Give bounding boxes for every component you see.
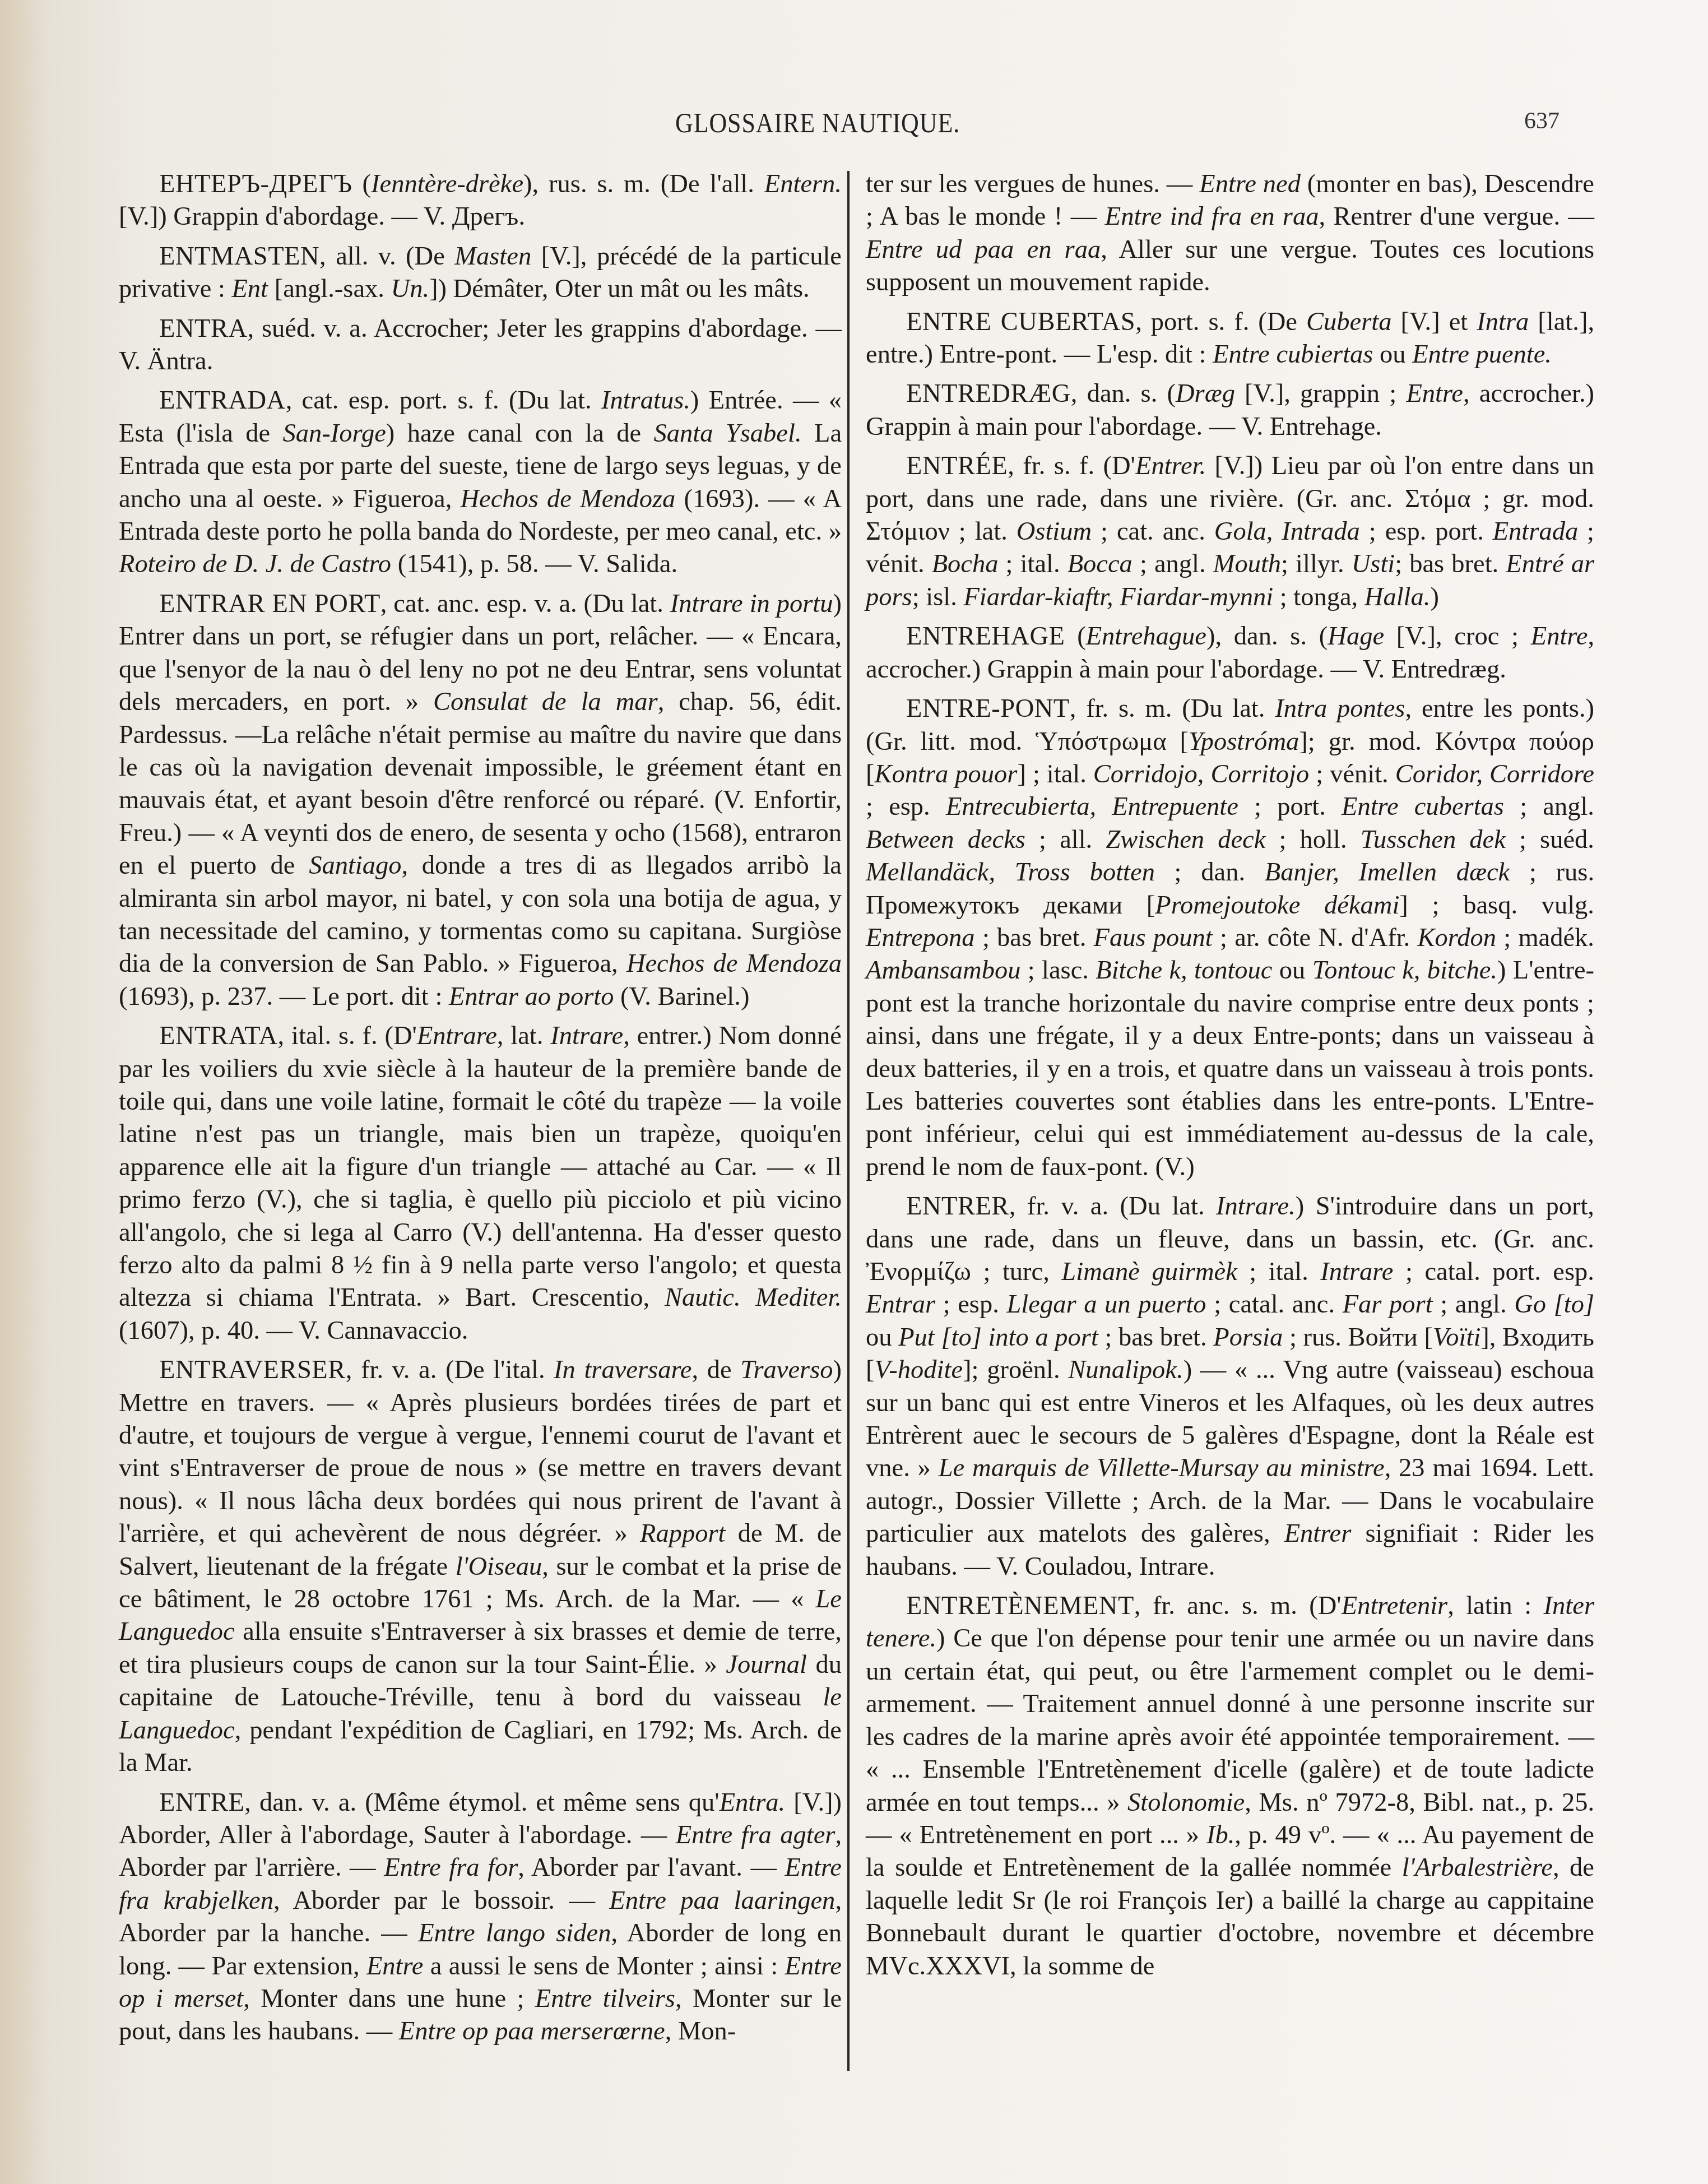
italic-term: Entrecubierta, Entrepuente bbox=[946, 792, 1238, 821]
italic-term: San-Iorge bbox=[283, 419, 386, 448]
italic-term: Dræg bbox=[1176, 379, 1235, 408]
italic-term: Entre puente. bbox=[1412, 340, 1552, 369]
entry-text: ; angl. bbox=[1433, 1290, 1515, 1319]
italic-term: l'Oiseau bbox=[456, 1552, 542, 1581]
entry-text: , Aborder par le bossoir. — bbox=[273, 1886, 609, 1915]
italic-term: Voïti bbox=[1433, 1323, 1480, 1352]
entry-text: ; ital. bbox=[998, 550, 1067, 578]
italic-term: Intrare. bbox=[1216, 1192, 1296, 1221]
entry-text: ), dan. s. ( bbox=[1206, 622, 1328, 651]
italic-term: Intratus. bbox=[601, 386, 690, 415]
italic-term: Un. bbox=[391, 275, 429, 303]
italic-term: Ent bbox=[231, 275, 268, 303]
entry-text: , de bbox=[691, 1356, 740, 1384]
italic-term: Bocha bbox=[932, 550, 999, 578]
entry-headword: ЕНТЕРЪ-ДРЕГЪ bbox=[159, 170, 352, 198]
glossary-entry: ENTRETÈNEMENT, fr. anc. s. m. (D'Entrete… bbox=[866, 1590, 1594, 1983]
entry-text: ou bbox=[1272, 956, 1312, 985]
entry-text: , ital. s. f. (D' bbox=[278, 1022, 417, 1050]
entry-text: ; esp. bbox=[866, 792, 946, 821]
italic-term: Far port bbox=[1343, 1290, 1433, 1319]
entry-text: ] ; basq. vulg. bbox=[1399, 891, 1594, 920]
glossary-entry: ENTRE-PONT, fr. s. m. (Du lat. Intra pon… bbox=[866, 693, 1594, 1184]
italic-term: Entern. bbox=[764, 170, 842, 198]
entry-text: , fr. s. f. (D' bbox=[1008, 452, 1135, 480]
italic-term: Entre bbox=[366, 1952, 424, 1981]
entry-text: [V.], grappin ; bbox=[1235, 379, 1406, 408]
italic-term: Gola, Intrada bbox=[1214, 517, 1360, 546]
italic-term: Intrare bbox=[1320, 1258, 1393, 1286]
italic-term: In traversare bbox=[554, 1356, 691, 1384]
entry-text: ; angl. bbox=[1504, 792, 1594, 821]
entry-text: ; madék. bbox=[1496, 924, 1594, 952]
italic-term: Kontra pouor bbox=[875, 760, 1018, 789]
entry-headword: ENTRE-PONT bbox=[906, 694, 1070, 723]
italic-term: Entrar ao porto bbox=[449, 982, 614, 1011]
entry-text: (1541), p. 58. — V. Salida. bbox=[391, 550, 677, 578]
italic-term: Entre ud paa en raa bbox=[866, 235, 1101, 264]
italic-term: Banjer, Imellen dæck bbox=[1265, 858, 1510, 887]
entry-text: (V. Barinel.) bbox=[614, 982, 749, 1011]
italic-term: Entre lango siden bbox=[418, 1919, 611, 1947]
entry-text: [V.]) Grappin d'abordage. — V. Дрегъ. bbox=[119, 202, 525, 231]
italic-term: Entra. bbox=[720, 1788, 786, 1817]
entry-text: a aussi le sens de Monter ; ainsi : bbox=[424, 1952, 785, 1981]
entry-text: ; isl. bbox=[912, 583, 964, 611]
italic-term: V-hodite bbox=[875, 1356, 963, 1384]
entry-text: ; ital. bbox=[1237, 1258, 1321, 1286]
italic-term: Cuberta bbox=[1306, 308, 1391, 336]
entry-headword: ENTREDRÆG bbox=[906, 379, 1071, 408]
entry-text: , dan. s. ( bbox=[1071, 379, 1176, 408]
right-column: ter sur les vergues de hunes. — Entre ne… bbox=[866, 168, 1594, 1990]
glossary-entry: ENTRAR EN PORT, cat. anc. esp. v. a. (Du… bbox=[119, 588, 842, 1013]
italic-term: Usti bbox=[1352, 550, 1395, 578]
entry-headword: ENTMASTEN bbox=[159, 242, 319, 271]
entry-text: ) L'entre-pont est la tranche horizontal… bbox=[866, 956, 1594, 1181]
entry-text: , lat. bbox=[497, 1022, 550, 1050]
glossary-entry: ENTRE, dan. v. a. (Même étymol. et même … bbox=[119, 1787, 842, 2048]
italic-term: Ambansambou bbox=[866, 956, 1020, 985]
entry-text: [V.] et bbox=[1391, 308, 1477, 336]
italic-term: Intra bbox=[1477, 308, 1529, 336]
italic-term: Roteiro de D. J. de Castro bbox=[119, 550, 391, 578]
italic-term: l'Arbalestrière bbox=[1402, 1853, 1553, 1882]
entry-text: , port. s. f. (De bbox=[1135, 308, 1306, 336]
italic-term: Journal bbox=[726, 1650, 807, 1679]
entry-text: , all. v. (De bbox=[319, 242, 454, 271]
italic-term: Ienntère-drèke bbox=[371, 170, 523, 198]
entry-text: ou bbox=[1373, 340, 1412, 369]
italic-term: Nunalipok. bbox=[1068, 1356, 1183, 1384]
entry-text: ( bbox=[1065, 622, 1085, 651]
italic-term: Entrepona bbox=[866, 924, 975, 952]
italic-term: Kordon bbox=[1418, 924, 1496, 952]
entry-text: , latin : bbox=[1447, 1592, 1543, 1620]
entry-headword: ENTRATA bbox=[159, 1022, 278, 1050]
entry-text: ] ; ital. bbox=[1017, 760, 1093, 789]
entry-headword: ENTRAVERSER bbox=[159, 1356, 346, 1384]
italic-term: Hage bbox=[1328, 622, 1384, 651]
italic-term: Entre tilveirs bbox=[535, 1984, 675, 2013]
italic-term: Entre cubiertas bbox=[1213, 340, 1373, 369]
entry-text: ; catal. port. esp. bbox=[1393, 1258, 1594, 1286]
italic-term: Nautic. Mediter. bbox=[665, 1283, 842, 1312]
entry-headword: ENTRA bbox=[159, 314, 248, 343]
entry-text: , fr. s. m. (Du lat. bbox=[1070, 694, 1275, 723]
entry-text: , Mon- bbox=[665, 2017, 736, 2046]
entry-text: , Aborder par l'avant. — bbox=[518, 1853, 785, 1882]
glossary-entry: ENTMASTEN, all. v. (De Masten [V.], préc… bbox=[119, 240, 842, 306]
glossary-entry: ENTRAVERSER, fr. v. a. (De l'ital. In tr… bbox=[119, 1354, 842, 1779]
entry-text: ; rus. Войти [ bbox=[1283, 1323, 1433, 1352]
entry-text: ; holl. bbox=[1265, 826, 1360, 854]
entry-text: ; vénit. bbox=[1309, 760, 1395, 789]
entry-text: ; cat. anc. bbox=[1092, 517, 1214, 546]
italic-term: Entrada bbox=[1493, 517, 1578, 546]
italic-term: Corridojo, Corritojo bbox=[1093, 760, 1309, 789]
italic-term: Santa Ysabel. bbox=[654, 419, 802, 448]
italic-term: Entre fra for bbox=[384, 1853, 518, 1882]
entry-text: , dan. v. a. (Même étymol. et même sens … bbox=[244, 1788, 719, 1817]
entry-headword: ENTREHAGE bbox=[906, 622, 1065, 651]
entry-text: ; suéd. bbox=[1506, 826, 1594, 854]
entry-headword: ENTRER bbox=[906, 1192, 1009, 1221]
glossary-entry: ENTREDRÆG, dan. s. (Dræg [V.], grappin ;… bbox=[866, 378, 1594, 443]
italic-term: Santiago bbox=[309, 851, 401, 880]
italic-term: Entretenir bbox=[1342, 1592, 1447, 1620]
italic-term: Entre paa laaringen bbox=[609, 1886, 835, 1915]
italic-term: Rapport bbox=[640, 1519, 725, 1548]
entry-text: (1607), p. 40. — V. Cannavaccio. bbox=[119, 1316, 468, 1345]
italic-term: Entrer bbox=[1284, 1519, 1352, 1548]
entry-text: ; tonga, bbox=[1273, 583, 1364, 611]
glossary-entry: ENTRA, suéd. v. a. Accrocher; Jeter les … bbox=[119, 313, 842, 378]
italic-term: Porsia bbox=[1213, 1323, 1283, 1352]
entry-text: ]; groënl. bbox=[963, 1356, 1068, 1384]
entry-text: ; bas bret. bbox=[975, 924, 1094, 952]
entry-text: ; ar. côte N. d'Afr. bbox=[1213, 924, 1418, 952]
entry-headword: ENTRADA bbox=[159, 386, 286, 415]
glossary-entry: ter sur les vergues de hunes. — Entre ne… bbox=[866, 168, 1594, 299]
italic-term: Entre bbox=[1531, 622, 1588, 651]
entry-text: ; bas bret. bbox=[1098, 1323, 1213, 1352]
column-divider bbox=[847, 171, 850, 947]
italic-term: Entre fra agter bbox=[676, 1821, 836, 1849]
italic-term: Tontouc k, bitche. bbox=[1312, 956, 1497, 985]
italic-term: Entre bbox=[1406, 379, 1463, 408]
left-column: ЕНТЕРЪ-ДРЕГЪ (Ienntère-drèke), rus. s. m… bbox=[119, 168, 842, 2055]
entry-text: , fr. v. a. (De l'ital. bbox=[346, 1356, 554, 1384]
entry-text: ; lasc. bbox=[1020, 956, 1096, 985]
entry-text: ), rus. s. m. (De l'all. bbox=[523, 170, 764, 198]
italic-term: Between decks bbox=[866, 826, 1025, 854]
entry-text: ; all. bbox=[1025, 826, 1106, 854]
glossary-entry: ENTREHAGE (Entrehague), dan. s. (Hage [V… bbox=[866, 620, 1594, 686]
entry-headword: ENTRETÈNEMENT bbox=[906, 1592, 1134, 1620]
entry-text: , fr. v. a. (Du lat. bbox=[1009, 1192, 1216, 1221]
entry-text: ) bbox=[1430, 583, 1439, 611]
italic-term: Entre cubertas bbox=[1342, 792, 1504, 821]
entry-text: ; catal. anc. bbox=[1206, 1290, 1343, 1319]
glossary-entry: ENTRATA, ital. s. f. (D'Entrare, lat. In… bbox=[119, 1020, 842, 1347]
entry-headword: ENTRE bbox=[159, 1788, 244, 1817]
italic-term: Limanè guirmèk bbox=[1061, 1258, 1237, 1286]
italic-term: Halla. bbox=[1364, 583, 1431, 611]
italic-term: Entre op paa merserœrne bbox=[399, 2017, 665, 2046]
entry-text: ou bbox=[866, 1323, 898, 1352]
italic-term: Zwischen deck bbox=[1106, 826, 1265, 854]
italic-term: Entre ind fra en raa bbox=[1105, 202, 1319, 231]
entry-text: ter sur les vergues de hunes. — bbox=[866, 170, 1199, 198]
glossary-entry: ENTRÉE, fr. s. f. (D'Entrer. [V.]) Lieu … bbox=[866, 450, 1594, 614]
entry-text: ; illyr. bbox=[1281, 550, 1352, 578]
column-divider-lower bbox=[847, 947, 850, 2071]
italic-term: Le marquis de Villette-Mursay au ministr… bbox=[939, 1454, 1385, 1482]
entry-text: ; port. bbox=[1238, 792, 1342, 821]
entry-headword: ENTRAR EN PORT bbox=[159, 590, 380, 618]
entry-text: ; bas bret. bbox=[1395, 550, 1506, 578]
entry-text: , fr. anc. s. m. (D' bbox=[1134, 1592, 1342, 1620]
entry-headword: ENTRE CUBERTAS bbox=[906, 308, 1135, 336]
glossary-entry: ENTRER, fr. v. a. (Du lat. Intrare.) S'i… bbox=[866, 1190, 1594, 1583]
entry-text: ; esp. bbox=[935, 1290, 1006, 1319]
italic-term: Traverso bbox=[740, 1356, 833, 1384]
italic-term: Entre ned bbox=[1199, 170, 1301, 198]
entry-text: , Monter dans une hune ; bbox=[243, 1984, 535, 2013]
italic-term: Mouth bbox=[1213, 550, 1281, 578]
running-head: GLOSSAIRE NAUTIQUE. bbox=[675, 106, 960, 139]
italic-term: Entrare bbox=[417, 1022, 497, 1050]
italic-term: Bocca bbox=[1067, 550, 1133, 578]
italic-term: Tusschen dek bbox=[1361, 826, 1506, 854]
entry-text: , cat. esp. port. s. f. (Du lat. bbox=[286, 386, 601, 415]
glossary-entry: ENTRE CUBERTAS, port. s. f. (De Cuberta … bbox=[866, 306, 1594, 372]
entry-text: ; angl. bbox=[1133, 550, 1213, 578]
italic-term: Consulat de la mar bbox=[433, 688, 658, 716]
italic-term: Entrehague bbox=[1086, 622, 1206, 651]
italic-term: Promejoutoke dékami bbox=[1155, 891, 1399, 920]
italic-term: Put [to] into a port bbox=[898, 1323, 1098, 1352]
entry-text: ; esp. port. bbox=[1360, 517, 1493, 546]
glossary-entry: ENTRADA, cat. esp. port. s. f. (Du lat. … bbox=[119, 384, 842, 581]
italic-term: Masten bbox=[454, 242, 531, 271]
italic-term: Stolonomie bbox=[1127, 1788, 1245, 1817]
entry-text: [angl.-sax. bbox=[268, 275, 391, 303]
italic-term: Ostium bbox=[1017, 517, 1092, 546]
italic-term: Mellandäck, Tross botten bbox=[866, 858, 1155, 887]
entry-text: , entrer.) Nom donné par les voiliers du… bbox=[119, 1022, 842, 1312]
italic-term: Ib. bbox=[1206, 1821, 1234, 1849]
italic-term: Llegar a un puerto bbox=[1007, 1290, 1206, 1319]
entry-text: ( bbox=[352, 170, 371, 198]
italic-term: Go [to] bbox=[1514, 1290, 1594, 1319]
italic-term: Fiardar-kiaftr, Fiardar-mynni bbox=[963, 583, 1273, 611]
entry-text: ]) Démâter, Oter un mât ou les mâts. bbox=[429, 275, 810, 303]
italic-term: Ypostróma bbox=[1189, 727, 1299, 756]
italic-term: Intrare in portu bbox=[670, 590, 833, 618]
italic-term: Hechos de Mendoza bbox=[626, 949, 842, 978]
italic-term: Intra pontes bbox=[1275, 694, 1405, 723]
entry-text: , Rentrer d'une vergue. — bbox=[1319, 202, 1594, 231]
italic-term: Entrar bbox=[866, 1290, 935, 1319]
entry-text: (1693), p. 237. — Le port. dit : bbox=[119, 982, 449, 1011]
glossary-entry: ЕНТЕРЪ-ДРЕГЪ (Ienntère-drèke), rus. s. m… bbox=[119, 168, 842, 234]
entry-text: , cat. anc. esp. v. a. (Du lat. bbox=[380, 590, 670, 618]
italic-term: Faus pount bbox=[1094, 924, 1213, 952]
italic-term: Coridor, Corridore bbox=[1395, 760, 1594, 789]
italic-term: Entrer. bbox=[1135, 452, 1206, 480]
entry-headword: ENTRÉE bbox=[906, 452, 1008, 480]
entry-text: ; dan. bbox=[1155, 858, 1265, 887]
page-number: 637 bbox=[1524, 108, 1560, 135]
italic-term: Bitche k, tontouc bbox=[1096, 956, 1272, 985]
italic-term: Hechos de Mendoza bbox=[460, 485, 675, 513]
italic-term: Intrare bbox=[550, 1022, 623, 1050]
entry-text: [V.], croc ; bbox=[1384, 622, 1531, 651]
entry-text: ) haze canal con la de bbox=[386, 419, 654, 448]
